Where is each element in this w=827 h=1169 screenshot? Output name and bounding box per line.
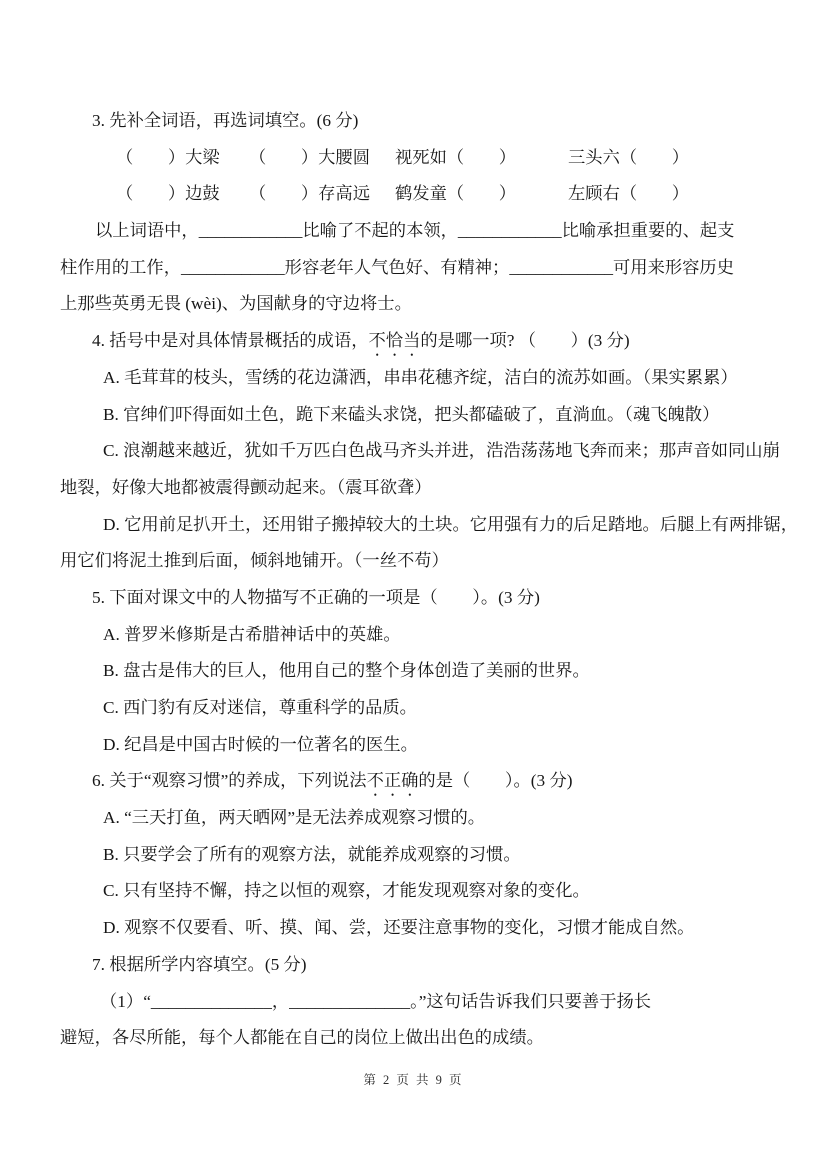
title-text: 4. 括号中是对具体情景概括的成语， [92, 331, 369, 350]
exam-content: 3. 先补全词语，再选词填空。(6 分) （ ）大梁 （ ）大腰圆 视死如（ ）… [60, 103, 772, 1057]
option-c: C. 浪潮越来越近，犹如千万匹白色战马齐头并进，浩浩荡荡地飞奔而来；那声音如同山… [60, 433, 772, 470]
option-a: A. “三天打鱼，两天晒网”是无法养成观察习惯的。 [60, 800, 772, 837]
question-4: 4. 括号中是对具体情景概括的成语，不恰当的是哪一项? （ ）(3 分) A. … [60, 323, 772, 580]
fill-in-line: 柱作用的工作，____________形容老年人气色好、有精神；________… [60, 250, 772, 287]
word-blank-item: （ ）大梁 [116, 140, 249, 177]
word-blank-item: 视死如（ ） [395, 140, 568, 177]
option-d: D. 它用前足扒开土，还用钳子搬掉较大的土块。它用强有力的后足踏地。后腿上有两排… [60, 507, 772, 544]
sub-item-1-line: （1）“______________，______________。”这句话告诉… [60, 984, 772, 1021]
option-d-continuation: 用它们将泥土推到后面，倾斜地铺开。（一丝不苟） [60, 543, 772, 580]
word-blank-item: 鹤发童（ ） [395, 176, 568, 213]
option-d: D. 纪昌是中国古时候的一位著名的医生。 [60, 727, 772, 764]
sub-item-1-continuation: 避短，各尽所能，每个人都能在自己的岗位上做出出色的成绩。 [60, 1020, 772, 1057]
emphasized-text: 不正确 [367, 771, 419, 790]
question-4-title: 4. 括号中是对具体情景概括的成语，不恰当的是哪一项? （ ）(3 分) [60, 323, 772, 360]
question-7: 7. 根据所学内容填空。(5 分) （1）“______________，___… [60, 947, 772, 1057]
question-5: 5. 下面对课文中的人物描写不正确的一项是（ ）。(3 分) A. 普罗米修斯是… [60, 580, 772, 763]
title-text: 的是（ ）。(3 分) [418, 771, 572, 790]
option-a: A. 普罗米修斯是古希腊神话中的英雄。 [60, 617, 772, 654]
word-blank-item: 三头六（ ） [568, 140, 689, 177]
option-c-continuation: 地裂，好像大地都被震得颤动起来。（震耳欲聋） [60, 470, 772, 507]
word-blank-item: （ ）边鼓 [116, 176, 249, 213]
question-3: 3. 先补全词语，再选词填空。(6 分) （ ）大梁 （ ）大腰圆 视死如（ ）… [60, 103, 772, 323]
question-3-word-row-2: （ ）边鼓 （ ）存高远 鹤发童（ ） 左顾右（ ） [60, 176, 772, 213]
word-blank-item: 左顾右（ ） [568, 176, 689, 213]
page-footer: 第 2 页 共 9 页 [0, 1071, 827, 1089]
emphasized-text: 不恰当 [369, 331, 421, 350]
option-b: B. 盘古是伟大的巨人，他用自己的整个身体创造了美丽的世界。 [60, 653, 772, 690]
title-text: 6. 关于“观察习惯”的养成，下列说法 [92, 771, 367, 790]
word-blank-item: （ ）存高远 [249, 176, 395, 213]
question-3-title: 3. 先补全词语，再选词填空。(6 分) [60, 103, 772, 140]
question-3-word-row-1: （ ）大梁 （ ）大腰圆 视死如（ ） 三头六（ ） [60, 140, 772, 177]
question-6-title: 6. 关于“观察习惯”的养成，下列说法不正确的是（ ）。(3 分) [60, 763, 772, 800]
question-6: 6. 关于“观察习惯”的养成，下列说法不正确的是（ ）。(3 分) A. “三天… [60, 763, 772, 946]
fill-in-line: 上那些英勇无畏 (wèi)、为国献身的守边将士。 [60, 286, 772, 323]
title-text: 的是哪一项? （ ）(3 分) [420, 331, 629, 350]
page-number: 第 2 页 共 9 页 [363, 1073, 463, 1087]
option-b: B. 只要学会了所有的观察方法，就能养成观察的习惯。 [60, 837, 772, 874]
fill-in-line: 以上词语中，____________比喻了不起的本领，____________比… [60, 213, 772, 250]
option-b: B. 官绅们吓得面如土色，跪下来磕头求饶，把头都磕破了，直淌血。（魂飞魄散） [60, 397, 772, 434]
option-d: D. 观察不仅要看、听、摸、闻、尝，还要注意事物的变化，习惯才能成自然。 [60, 910, 772, 947]
question-5-title: 5. 下面对课文中的人物描写不正确的一项是（ ）。(3 分) [60, 580, 772, 617]
option-c: C. 西门豹有反对迷信，尊重科学的品质。 [60, 690, 772, 727]
option-a: A. 毛茸茸的枝头，雪绣的花边潇洒，串串花穗齐绽，洁白的流苏如画。（果实累累） [60, 360, 772, 397]
option-c: C. 只有坚持不懈，持之以恒的观察，才能发现观察对象的变化。 [60, 873, 772, 910]
question-7-title: 7. 根据所学内容填空。(5 分) [60, 947, 772, 984]
word-blank-item: （ ）大腰圆 [249, 140, 395, 177]
exam-page: 3. 先补全词语，再选词填空。(6 分) （ ）大梁 （ ）大腰圆 视死如（ ）… [0, 0, 827, 1169]
